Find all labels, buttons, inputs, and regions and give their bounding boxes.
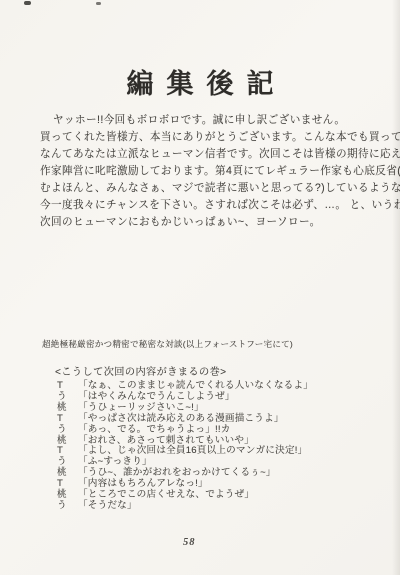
paragraph-line: むよほんと、みんなさぁ、マジで読者に悪いと思ってる?)しているようなので	[40, 180, 374, 197]
paragraph-line: 買ってくれた皆様方、本当にありがとうございます。こんな本でも買ってくれる	[40, 129, 374, 146]
speaker-label: う	[57, 501, 78, 512]
afterword-paragraph: ヤッホー!!今回もボロボロです。誠に申し訳ございません。 買ってくれた皆様方、本…	[40, 112, 374, 231]
dialogue-text: 「やっぱさ次は読み応えのある漫画描こうよ」	[78, 414, 390, 425]
page-number: 58	[183, 537, 196, 548]
scanned-document-page: 編集後記 ヤッホー!!今回もボロボロです。誠に申し訳ございません。 買ってくれた…	[0, 0, 400, 575]
paragraph-line: なんてあなたは立派なヒューマン信者です。次回こそは皆様の期待に応えるべく	[40, 146, 374, 163]
dialogue-subtitle: <こうして次回の内容がきまるの巻>	[55, 363, 227, 378]
paragraph-line: ヤッホー!!今回もボロボロです。誠に申し訳ございません。	[40, 112, 374, 129]
speaker-label: T	[57, 414, 78, 425]
dialogue-text: 「そうだな」	[78, 501, 390, 512]
page-title: 編集後記	[0, 62, 400, 101]
scan-speck	[24, 1, 31, 5]
dialogue-row: う 「あっ、でる。でちゃうよっ」!!カ	[57, 425, 390, 436]
paragraph-line: 今一度我々にチャンスを下さい。さすれば次こそは必ず、…。 と、いうわけで	[40, 197, 374, 214]
dialogue-section-header: 超絶極秘厳密かつ精密で秘密な対談(以上フォーストフー宅にて)	[42, 338, 293, 350]
dialogue-text: 「あっ、でる。でちゃうよっ」!!カ	[78, 425, 390, 436]
speaker-label: う	[57, 425, 78, 436]
dialogue-row: T 「やっぱさ次は読み応えのある漫画描こうよ」	[57, 414, 390, 425]
scan-speck	[96, 2, 101, 5]
paragraph-line: 次回のヒューマンにおもかじいっぱぁい~、ヨーソロー。	[40, 214, 374, 231]
paragraph-line: 作家陣営に叱咤激励しております。第4頁にてレギュラー作家も心底反省(たの	[40, 163, 374, 180]
dialogue-list: T 「なぁ、このままじゃ読んでくれる人いなくなるよ」 う 「はやくみんなでうんこ…	[57, 381, 390, 512]
dialogue-row: う 「そうだな」	[57, 501, 390, 512]
